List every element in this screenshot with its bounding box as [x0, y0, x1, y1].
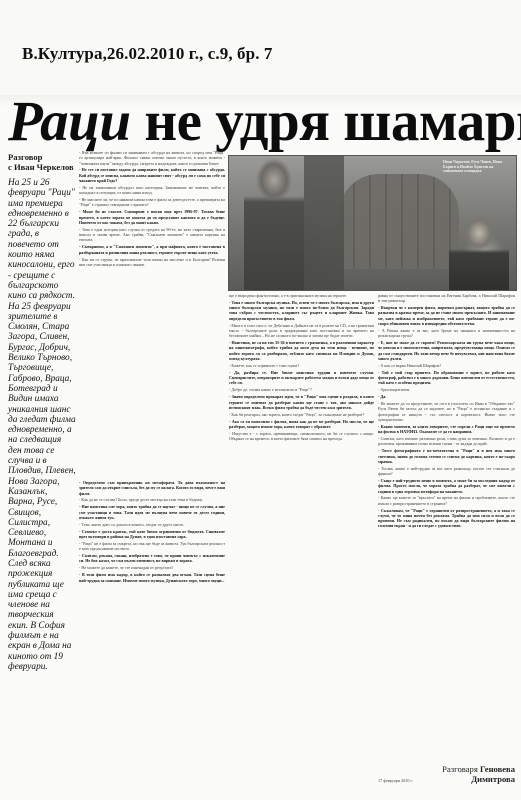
interview-answer-paragraph: - Той е мой стар приятел. По образование…	[378, 370, 515, 386]
interview-answer-paragraph: - Сезонът е доста кратък, тъй като бяхме…	[79, 529, 225, 540]
interview-answer-paragraph: - Да.	[378, 394, 515, 399]
byline-line-1: Разговор	[8, 152, 76, 162]
interview-question-paragraph: - Не можете да кажете, че сте изненадан …	[79, 565, 225, 570]
interview-question-paragraph: - А Рашка какво е за вас, като бреме на …	[378, 328, 515, 339]
interview-byline: Разговор с Иван Черкелов	[8, 152, 76, 172]
byline-line-2: с Иван Черкелов	[8, 162, 76, 172]
interview-answer-paragraph: - Не сте си поставял задача да направите…	[79, 167, 225, 183]
article-headline: Рацu не удря шамари	[8, 92, 518, 152]
interview-answer-paragraph: - Е, ние не може да се скрием! Режисьорс…	[378, 340, 515, 361]
interview-answer-paragraph: - Въпреки че е камерен филм, наричам раз…	[378, 305, 515, 326]
source-citation: В.Култура,26.02.2010 г., с.9, бр. 7	[22, 44, 273, 64]
headline-film-title: Рацu	[8, 90, 131, 153]
dateline: 17 февруари 2010 г.	[378, 778, 413, 783]
interview-question-paragraph: - Тогава, какво е най-трудно за вас като…	[378, 466, 515, 477]
interview-question-paragraph: - Изкуство е - с хората, преминаващи, си…	[229, 431, 374, 442]
interview-question-paragraph: - Как да не се случва? Било, преди десет…	[79, 497, 225, 502]
signature-prefix: Разговаря	[442, 764, 480, 774]
interview-answer-paragraph: - Това е много българска музика. Но, осв…	[229, 300, 374, 321]
interview-answer-paragraph: - Съвършено, а в "Смахнати моменти", а п…	[79, 244, 225, 255]
interview-question-paragraph: ще е възродено фантастично, а е в оригин…	[229, 293, 374, 298]
article-column-2: - Във всеките си филми си занимавам с аб…	[79, 150, 225, 480]
interview-question-paragraph: - Как ви се струва, че приложихме този н…	[79, 257, 225, 268]
headline-rest: не удря шамари	[131, 90, 521, 153]
interview-question-paragraph: - А как се върна Николай Шарафов?	[378, 363, 515, 368]
interview-question-paragraph: - Много в този стил е, че Дебеляна и Дой…	[229, 323, 374, 339]
interview-question-paragraph: - Не ме занимаваше абсурдът като категор…	[79, 185, 225, 196]
interview-answer-paragraph: - Смятам, рекапа, сякаш, изобразено е то…	[79, 553, 225, 564]
interview-question-paragraph: - Във всеките си филми си занимавам с аб…	[79, 150, 225, 166]
interview-answer-paragraph: - В този филм има кадър, в който се разп…	[79, 572, 225, 583]
interview-question-paragraph: - Кажете, как се справихте с тази сцена?	[229, 363, 374, 368]
interview-question-paragraph: - Добре де, тогава какво е истинското в …	[229, 387, 374, 392]
interview-question-paragraph: - Как би реагирал, ако хората, които гле…	[229, 412, 374, 417]
train-wagon-image	[339, 174, 459, 269]
interview-question-paragraph: - Не можете да си представите, че сега в…	[378, 401, 515, 422]
article-column-4: равна от съществените постановки на Евге…	[378, 293, 515, 761]
interview-answer-paragraph: - Значи определено прокарах идея, че в "…	[229, 394, 374, 410]
interview-answer-paragraph: - Наистина, не са на тях 35-36 в питието…	[229, 340, 374, 361]
interview-question-paragraph: - Не мислите ли, че по някакъв начин тов…	[79, 197, 225, 208]
interview-answer-paragraph: - Какви моменти, за които говорихте, сте…	[378, 424, 515, 435]
interview-question-paragraph: - Смятам, като вземате различни роли, ст…	[378, 436, 515, 447]
photo-caption: Иван Черкелов, Руси Чанев, Иван Бърнев и…	[443, 160, 509, 174]
intro-column: Разговор с Иван Черкелов На 25 и 26 февр…	[8, 152, 76, 672]
interview-answer-paragraph: - Може би не съвсем. Сценарият е писан о…	[79, 209, 225, 225]
interview-question-paragraph: - "Раци" не е филм за смъртта, но пък ще…	[79, 541, 225, 552]
actor-center-image	[304, 156, 344, 290]
interview-answer-paragraph: - Тоест фотографията е по-мечтателна в "…	[378, 448, 515, 464]
interviewer-signature: Разговаря Геновева Димитрова	[400, 764, 515, 784]
interview-question-paragraph: - Тези, които днес са дошли в киното, гл…	[79, 522, 225, 527]
film-still-photo: Иван Черкелов, Руси Чанев, Иван Бърнев и…	[228, 155, 517, 291]
interview-question-paragraph: - Какво ще кажете за "кръглата" на време…	[378, 495, 515, 506]
interview-answer-paragraph: - Съжалявам, че "Раци" е ограничен от ра…	[378, 508, 515, 529]
interview-answer-paragraph: - Да, разбира се. Ние бяхме наистина тру…	[229, 370, 374, 386]
interview-question-paragraph: - Това е една история като случка от сре…	[79, 227, 225, 243]
lede-paragraph: На 25 и 26 февруари "Раци" има премиера …	[8, 178, 76, 672]
interview-answer-paragraph: - Също е най-трудното нещо в момента, а …	[378, 478, 515, 494]
interview-answer-paragraph: - Ние наистина сме хора, които трябва да…	[79, 504, 225, 520]
interview-answer-paragraph: - Ако са ги помолили с филма, няма как д…	[229, 419, 374, 430]
article-column-3: ще е възродено фантастично, а е в оригин…	[229, 293, 374, 773]
interview-question-paragraph: равна от съществените постановки на Евге…	[378, 293, 515, 304]
article-column-2-lower: - Определено съм привърженик на метафора…	[79, 480, 225, 790]
interview-question-paragraph: - Аристократичен.	[378, 387, 515, 392]
actor-right-image	[449, 211, 509, 290]
interview-answer-paragraph: - Определено съм привърженик на метафора…	[79, 480, 225, 496]
actor-left-image	[244, 156, 304, 290]
